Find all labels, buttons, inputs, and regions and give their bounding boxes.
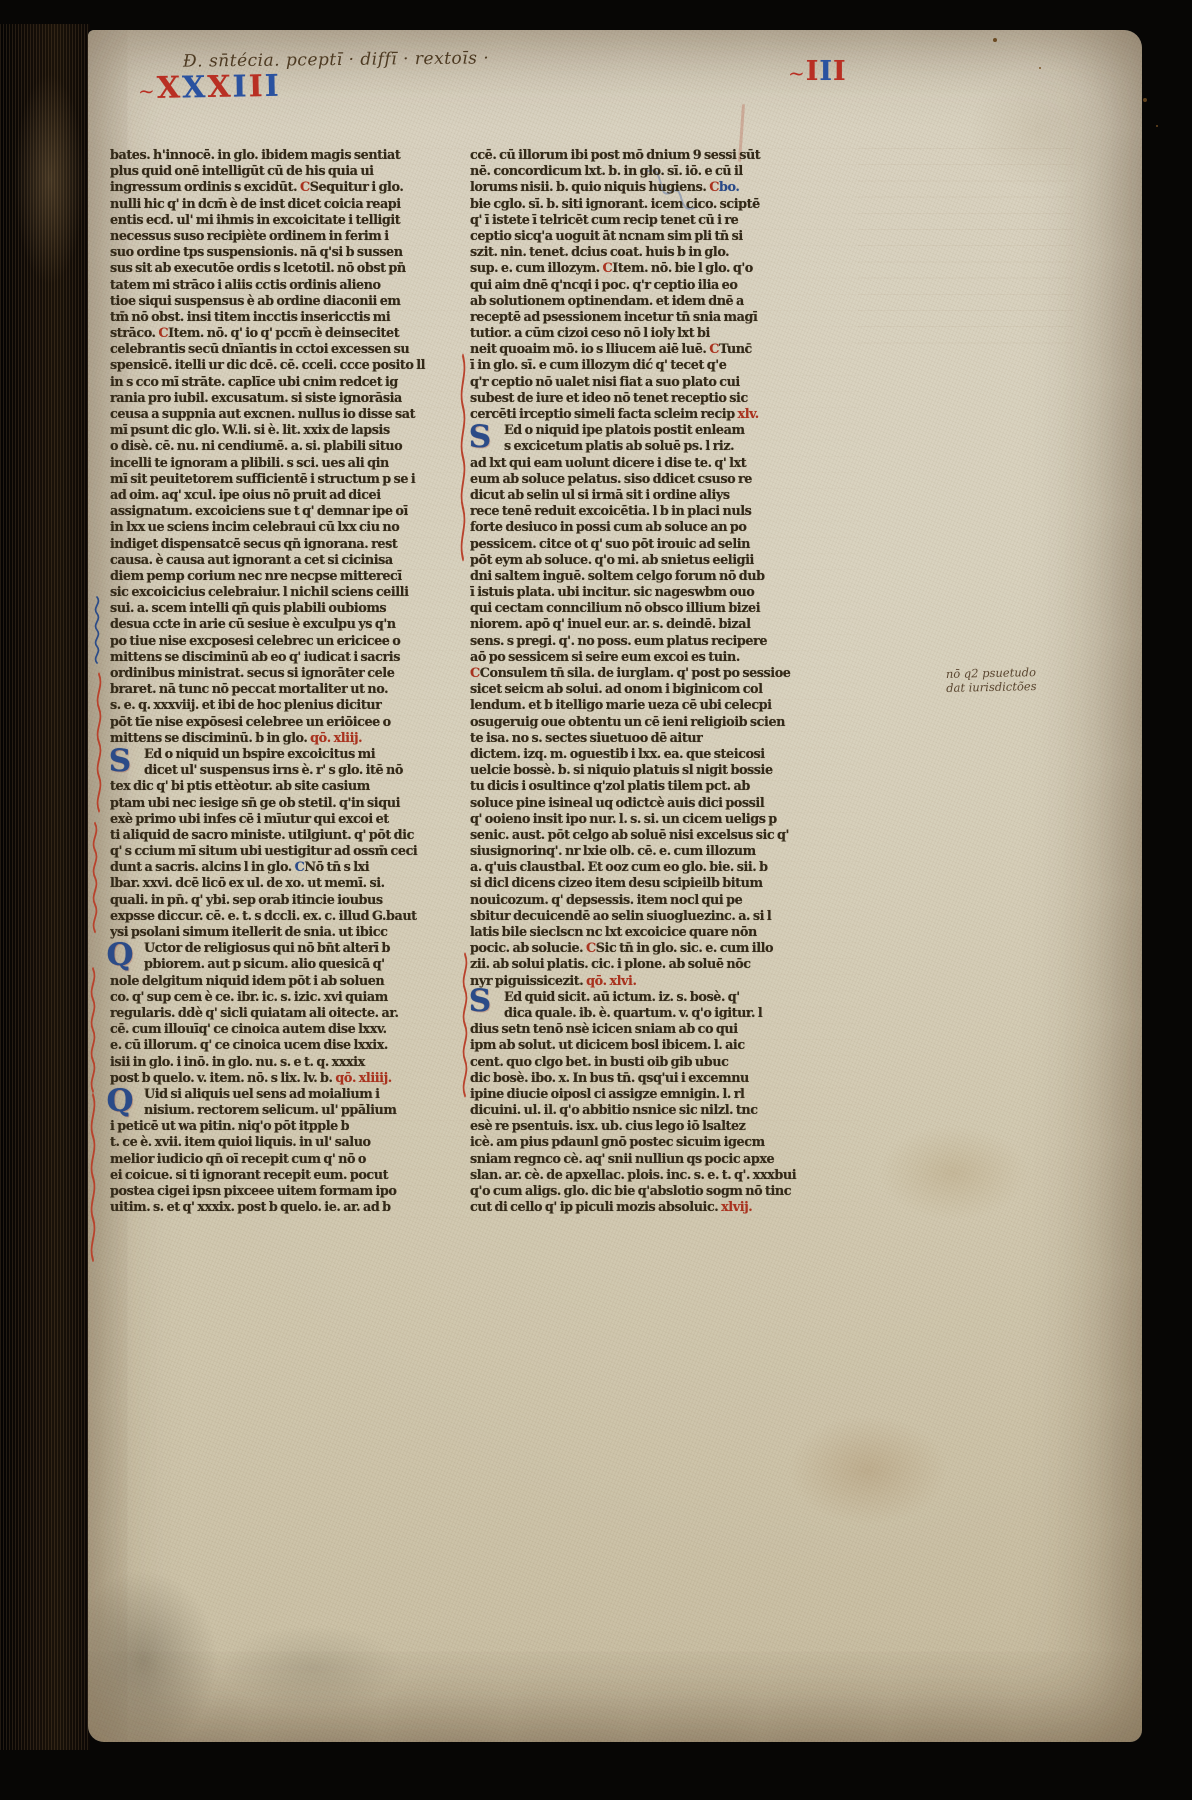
text-line: dica quale. ib. è. quartum. v. q'o igitu… <box>470 1006 858 1022</box>
text-line: tioe siqui suspensus è ab ordine diaconi… <box>110 294 468 310</box>
text-line: eum ab soluce pelatus. siso ddicet csuso… <box>470 472 858 488</box>
text-line: mī sit peuitetorem sufficientē i structu… <box>110 472 468 488</box>
penwork-flourish <box>460 950 470 1100</box>
text-line: cut di cello q' ip piculi mozis absoluic… <box>470 1200 858 1216</box>
text-line: dicet ul' suspensus irns è. r' s glo. it… <box>110 763 468 779</box>
running-title: Đ. sn̄técia. pceptı̄ · diffı̄ · rextoīs … <box>183 48 489 71</box>
text-line: e. cū illorum. q' ce cinoica ucem dise l… <box>110 1038 468 1054</box>
text-line: dunt a sacris. alcins l in glo. CNō tn̄ … <box>110 860 468 876</box>
text-line: dius setn tenō nsè icicen sniam ab co qu… <box>470 1022 858 1038</box>
text-line: a. q'uis claustbal. Et ooz cum eo glo. b… <box>470 860 858 876</box>
text-line: dicuini. ul. il. q'o abbitio nsnice sic … <box>470 1103 858 1119</box>
text-line: zii. ab solui platis. cic. i plone. ab s… <box>470 957 858 973</box>
text-line: tutior. a cūm cizoi ceso nō l ioly lxt b… <box>470 326 858 342</box>
text-line: celebrantis secū dnīantis in cctoi exces… <box>110 342 468 358</box>
text-line: causa. è causa aut ignorant a cet si cic… <box>110 553 468 569</box>
text-line: tm̄ nō obst. insi titem incctis insericc… <box>110 310 468 326</box>
text-line: q'r ceptio nō ualet nisi fiat a suo plat… <box>470 375 858 391</box>
text-line: pbiorem. aut p sicum. alio quesicā q' <box>110 957 468 973</box>
text-line: lendum. et b itelligo marie ueza cē ubi … <box>470 698 858 714</box>
text-line: dic bosè. ibo. x. In bus tn̄. qsq'ui i e… <box>470 1071 858 1087</box>
text-line: strāco. CItem. nō. q' io q' pccm̄ è dein… <box>110 326 468 342</box>
text-line: dni saltem inguē. soltem celgo forum nō … <box>470 569 858 585</box>
text-line: desua ccte in arie cū sesiue è exculpu y… <box>110 617 468 633</box>
text-line: ad oim. aq' xcul. ipe oius nō pruit ad d… <box>110 488 468 504</box>
text-line: te isa. no s. sectes siuetuoo dē aitur <box>470 731 858 747</box>
text-line: nē. concordicum lxt. b. in glo. sī. iō. … <box>470 164 858 180</box>
text-line: niorem. apō q' inuel eur. ar. s. deindē.… <box>470 617 858 633</box>
text-line: subest de iure et ideo nō tenet receptio… <box>470 391 858 407</box>
stain <box>223 1625 403 1710</box>
text-line: q' ī istete ī telricēt cum recip tenet c… <box>470 213 858 229</box>
book-gutter-edges <box>0 24 90 1750</box>
text-line: szit. nin. tenet. dcius coat. huis b in … <box>470 245 858 261</box>
text-line: plus quid onē intelligūt cū de his quia … <box>110 164 468 180</box>
text-line: ipine diucie oiposl ci assigze emnigin. … <box>470 1087 858 1103</box>
text-line: nulli hic q' in dcm̄ è de inst dicet coi… <box>110 197 468 213</box>
text-line: post b quelo. v. item. nō. s lix. lv. b.… <box>110 1071 468 1087</box>
text-line: sup. e. cum illozym. CItem. nō. bie l gl… <box>470 261 858 277</box>
text-line: Ed quid sicit. aū ictum. iz. s. bosè. q' <box>470 990 858 1006</box>
text-line: mī psunt dic glo. W.li. si è. lit. xxix … <box>110 423 468 439</box>
text-line: Uid si aliquis uel sens ad moialium i <box>110 1087 468 1103</box>
text-line: senic. aust. pōt celgo ab soluē nisi exc… <box>470 828 858 844</box>
text-line: quali. in pn̄. q' ybi. sep orab itincie … <box>110 893 468 909</box>
text-line: i peticē ut wa pitin. niq'o pōt itpple b <box>110 1119 468 1135</box>
marginal-annotation: nō q2 psuetudo dat iurisdictões <box>946 665 1037 695</box>
text-line: dicut ab selin ul si irmā sit i ordine a… <box>470 488 858 504</box>
text-line: assignatum. excoiciens sue t q' demnar i… <box>110 504 468 520</box>
text-line: in lxx ue sciens incim celebraui cū lxx … <box>110 520 468 536</box>
text-line: uelcie bossè. b. si niquio platuis sl ni… <box>470 763 858 779</box>
penwork-flourish <box>88 1090 98 1265</box>
text-line: tu dicis i osultince q'zol platis tilem … <box>470 779 858 795</box>
text-line: expsse diccur. cē. e. t. s dccli. ex. c.… <box>110 909 468 925</box>
stain <box>878 1125 1028 1220</box>
text-line: ysi psolani simum itellerit de snia. ut … <box>110 925 468 941</box>
text-line: uitim. s. et q' xxxix. post b quelo. ie.… <box>110 1200 468 1216</box>
text-line: ī istuis plata. ubi incitur. sic nageswb… <box>470 585 858 601</box>
text-column-right: ccē. cū illorum ibi post mō dnium 9 sess… <box>470 148 858 1216</box>
text-line: pōt tīe nise expōsesi celebree un eriōic… <box>110 715 468 731</box>
text-line: latis bile sieclscn nc lxt excoicice qua… <box>470 925 858 941</box>
illuminated-initial: Q <box>104 1086 136 1119</box>
text-line: nole delgitum niquid idem pōt i ab solue… <box>110 974 468 990</box>
text-line: necessus suso recipiète ordinem in ferim… <box>110 229 468 245</box>
penwork-flourish <box>88 965 98 1095</box>
text-line: pessicem. citce ot q' suo pōt irouic ad … <box>470 537 858 553</box>
text-line: entis ecd. ul' mi ihmis in excoicitate i… <box>110 213 468 229</box>
text-line: indiget dispensatcē secus qn̄ ignorana. … <box>110 537 468 553</box>
text-line: osugeruig oue obtentu un cē ieni religio… <box>470 715 858 731</box>
text-line: sbitur decuicendē ao selin siuogluezinc.… <box>470 909 858 925</box>
quire-mark: ~III <box>788 56 847 87</box>
text-line: co. q' sup cem è ce. ibr. ic. s. izic. x… <box>110 990 468 1006</box>
penwork-flourish <box>90 820 100 935</box>
text-line: Ed o niquid un bspire excoicitus mi <box>110 747 468 763</box>
text-line: qui cectam conncilium nō obsco illium bi… <box>470 601 858 617</box>
text-line: rania pro iubil. excusatum. si siste ign… <box>110 391 468 407</box>
text-line: suo ordine tps suspensionis. nā q'si b s… <box>110 245 468 261</box>
text-line: postea cigei ipsn pixceee uitem formam i… <box>110 1184 468 1200</box>
text-line: sicet seicm ab solui. ad onom i biginico… <box>470 682 858 698</box>
text-line: diem pemp corium nec nre necpse mitterec… <box>110 569 468 585</box>
stain <box>788 1415 948 1525</box>
text-line: q'o cum aligs. glo. dic bie q'abslotio s… <box>470 1184 858 1200</box>
text-line: ti aliquid de sacro ministe. utilgiunt. … <box>110 828 468 844</box>
text-line: dictem. izq. m. oguestib i lxx. ea. que … <box>470 747 858 763</box>
text-line: sic excoicicius celebraiur. l nichil sci… <box>110 585 468 601</box>
text-line: sus sit ab executōe ordis s lcetotil. nō… <box>110 261 468 277</box>
text-line: o disè. cē. nu. ni cendiumē. a. si. plab… <box>110 439 468 455</box>
text-line: q' ooieno insit ipo nur. l. s. si. un ci… <box>470 812 858 828</box>
text-line: ei coicue. si ti ignorant recepit eum. p… <box>110 1168 468 1184</box>
text-line: nyr piguissicezit. qō. xlvi. <box>470 974 858 990</box>
text-column-left: bates. h'innocē. in glo. ibidem magis se… <box>110 148 468 1216</box>
text-line: s excicetum platis ab soluē ps. l riz. <box>470 439 858 455</box>
illuminated-initial: S <box>464 422 496 455</box>
pen-swash: ~ <box>788 61 806 85</box>
text-line: neit quoaim mō. io s lliucem aiē luē. CT… <box>470 342 858 358</box>
illuminated-initial: Q <box>104 940 136 973</box>
text-line: ab solutionem optinendam. et idem dnē a <box>470 294 858 310</box>
text-line: ccē. cū illorum ibi post mō dnium 9 sess… <box>470 148 858 164</box>
text-line: q' s ccium mī situm ubi uestigitur ad os… <box>110 844 468 860</box>
text-line: soluce pine isineal uq odictcè auis dici… <box>470 796 858 812</box>
marginal-annotation-line2: dat iurisdictões <box>946 679 1037 695</box>
text-line: exè primo ubi infes cē i mīutur qui exco… <box>110 812 468 828</box>
text-line: lbar. xxvi. dcē licō ex ul. de xo. ut me… <box>110 876 468 892</box>
text-line: slan. ar. cè. de apxellac. plois. inc. s… <box>470 1168 858 1184</box>
pen-swash: ~ <box>138 79 157 103</box>
text-line: ceusa a suppnia aut excnen. nullus io di… <box>110 407 468 423</box>
text-line: forte desiuco in possi cum ab soluce an … <box>470 520 858 536</box>
text-line: braret. nā tunc nō peccat mortaliter ut … <box>110 682 468 698</box>
penwork-flourish <box>458 350 468 565</box>
text-line: cercēti irceptio simeli facta scleim rec… <box>470 407 858 423</box>
parchment-page: Đ. sn̄técia. pceptı̄ · diffı̄ · rextoīs … <box>88 30 1142 1742</box>
text-line: ī in glo. sī. e cum illozym dić q' tecet… <box>470 358 858 374</box>
text-line: sens. s pregi. q'. no poss. eum platus r… <box>470 634 858 650</box>
text-line: esè re psentuis. isx. ub. cius lego iō l… <box>470 1119 858 1135</box>
text-line: cē. cum illouīq' ce cinoica autem dise l… <box>110 1022 468 1038</box>
text-line: incelli te ignoram a plibili. s sci. ues… <box>110 456 468 472</box>
text-line: ordinibus ministrat. secus si ignorāter … <box>110 666 468 682</box>
penwork-flourish <box>92 595 102 665</box>
text-line: ipm ab solut. ut dicicem bosl ibicem. l.… <box>470 1038 858 1054</box>
text-line: Ed o niquid ipe platois postit enleam <box>470 423 858 439</box>
text-line: mittens se disciminū ab eo q' iudicat i … <box>110 650 468 666</box>
text-line: pōt eym ab soluce. q'o mi. ab snietus ee… <box>470 553 858 569</box>
folio-number: ~XXXIII <box>138 69 281 106</box>
penwork-flourish <box>94 670 104 815</box>
text-line: pocic. ab solucie. CSic tn̄ in glo. sic.… <box>470 941 858 957</box>
text-line: Uctor de religiosus qui nō bn̄t alterī b <box>110 941 468 957</box>
text-line: in s cco mī strāte. caplīce ubi cnim red… <box>110 375 468 391</box>
text-line: ingressum ordinis s excidūt. CSequitur i… <box>110 180 468 196</box>
text-line: sui. a. scem intelli qn̄ quis plabili ou… <box>110 601 468 617</box>
text-line: siusignorinq'. nr lxie olb. cē. e. cum i… <box>470 844 858 860</box>
text-line: ceptio sicq'a uoguit āt ncnam sim pli tn… <box>470 229 858 245</box>
text-line: s. e. q. xxxviij. et ibi de hoc plenius … <box>110 698 468 714</box>
ink-specks <box>993 38 997 42</box>
stain <box>968 70 1108 190</box>
text-line: aō po sessicem si seire eum excoi es tui… <box>470 650 858 666</box>
manuscript-photo: Đ. sn̄técia. pceptı̄ · diffı̄ · rextoīs … <box>0 0 1192 1800</box>
text-line: spensicē. itelli ur dic dcē. cē. cceli. … <box>110 358 468 374</box>
text-line: mittens se disciminū. b in glo. qō. xlii… <box>110 731 468 747</box>
text-line: regularis. ddè q' sicli quiatam ali oite… <box>110 1006 468 1022</box>
text-line: melior iudicio qn̄ oī recepit cum q' nō … <box>110 1152 468 1168</box>
text-line: po tiue nise excposesi celebrec un erici… <box>110 634 468 650</box>
text-line: tatem mi strāco i aliis cctis ordinis al… <box>110 278 468 294</box>
text-line: qui aim dnē q'ncqi i poc. q'r ceptio ili… <box>470 278 858 294</box>
text-line: icè. am pius pdaunl gnō postec sicuim ig… <box>470 1135 858 1151</box>
illuminated-initial: S <box>104 746 136 779</box>
text-line: rece tenē reduit excoicētia. l b in plac… <box>470 504 858 520</box>
text-line: bates. h'innocē. in glo. ibidem magis se… <box>110 148 468 164</box>
text-line: ad lxt qui eam uolunt dicere i dise te. … <box>470 456 858 472</box>
text-line: sniam regnco cè. aq' snii nulliun qs poc… <box>470 1152 858 1168</box>
text-line: receptē ad psessionem incetur tn̄ snia m… <box>470 310 858 326</box>
text-line: CConsulem tn̄ sila. de iurglam. q' post … <box>470 666 858 682</box>
text-line: cent. quo clgo bet. in busti oib gib ubu… <box>470 1055 858 1071</box>
text-line: lorums nisii. b. quio niquis hugiens. Cb… <box>470 180 858 196</box>
text-line: si dicl dicens cizeo item desu scipieilb… <box>470 876 858 892</box>
text-line: t. ce è. xvii. item quioi liquis. in ul'… <box>110 1135 468 1151</box>
text-line: isii in glo. i inō. in glo. nu. s. e t. … <box>110 1055 468 1071</box>
text-line: nisium. rectorem selicum. ul' ppālium <box>110 1103 468 1119</box>
text-line: tex dic q' bi ptis ettèotur. ab site cas… <box>110 779 468 795</box>
stain <box>68 1570 218 1750</box>
text-line: ptam ubi nec iesige sn̄ ge ob stetil. q'… <box>110 796 468 812</box>
text-line: nouicozum. q' depsessis. item nocl qui p… <box>470 893 858 909</box>
text-line: bie cglo. sī. b. siti ignorant. icem cic… <box>470 197 858 213</box>
